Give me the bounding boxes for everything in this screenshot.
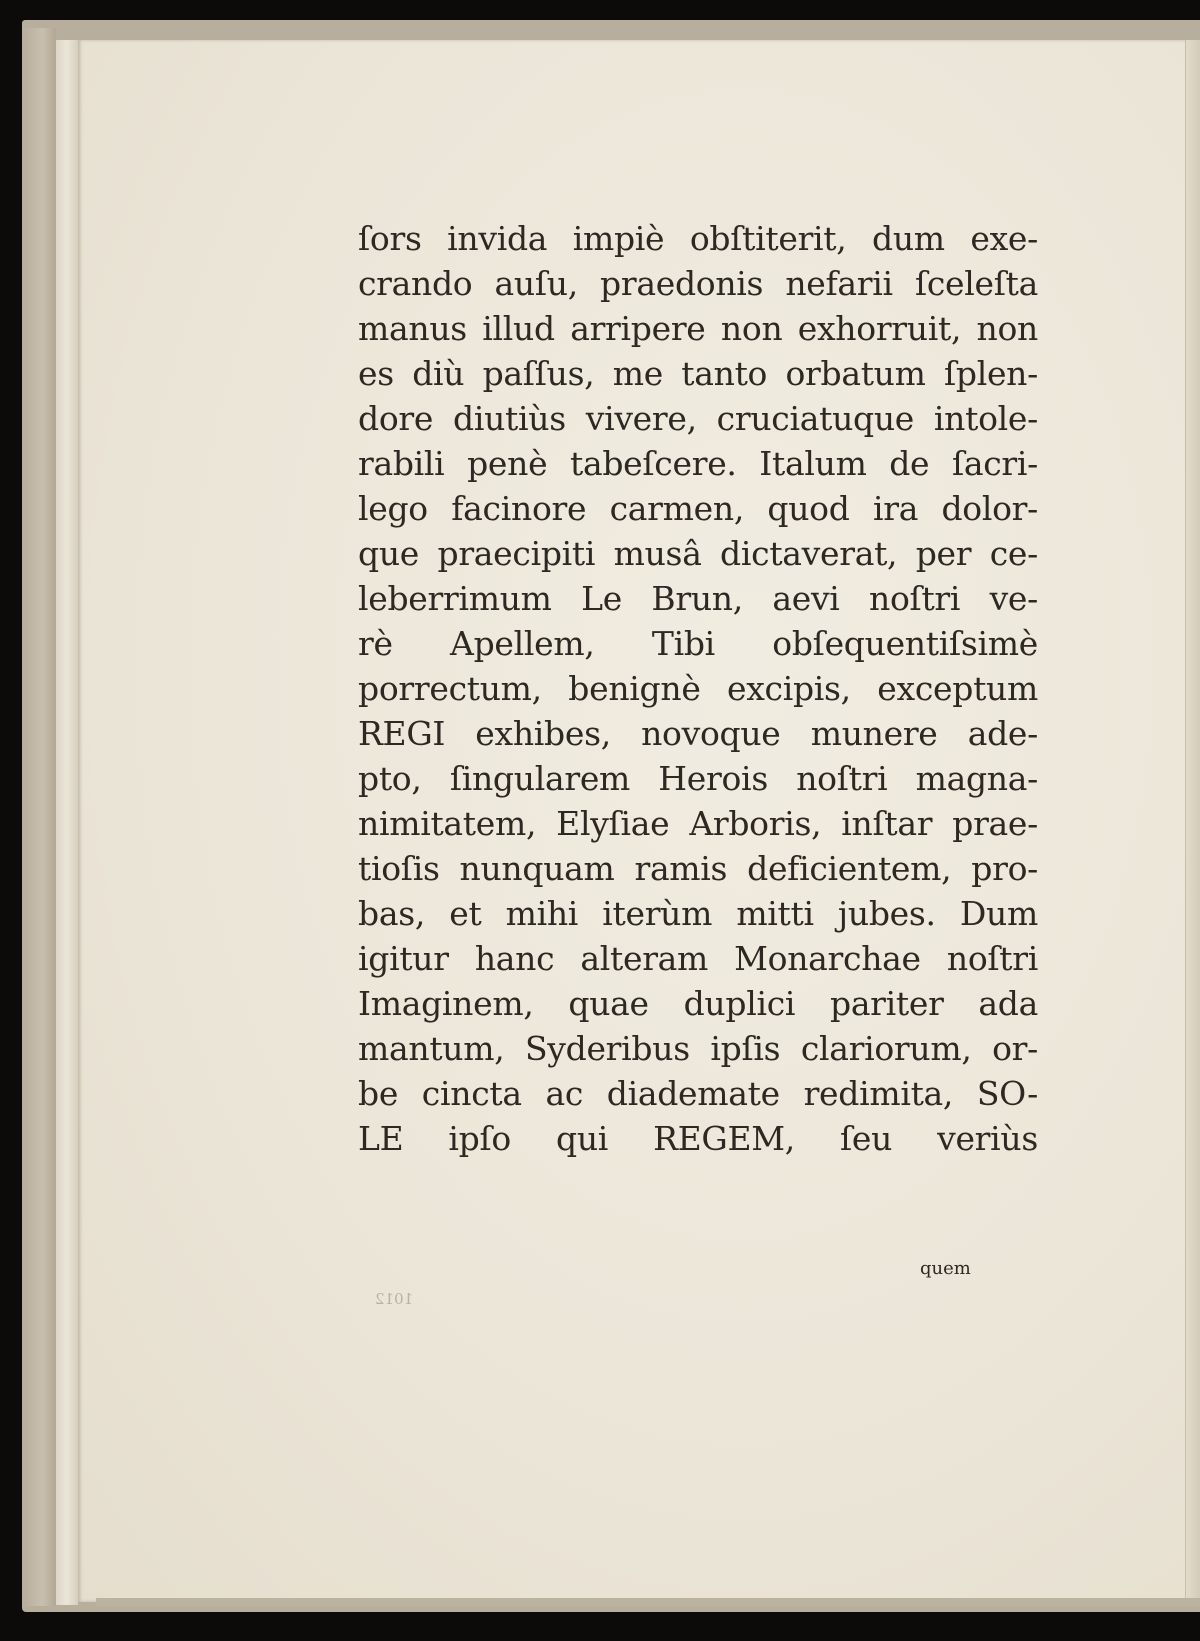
text-line: rabili penè tabeſcere. Italum de ſacri-	[358, 441, 1038, 486]
showthrough-page-number: 1012	[375, 1290, 413, 1308]
page-gutter-fold	[56, 40, 79, 1605]
book-spine-edge	[22, 28, 56, 1606]
text-line: be cincta ac diademate redimita, SO-	[358, 1071, 1038, 1116]
text-line: pto, ſingularem Herois noſtri magna-	[358, 756, 1038, 801]
text-line: dore diutiùs vivere, cruciatuque intole-	[358, 396, 1038, 441]
text-line: rè Apellem, Tibi obſequentiſsimè	[358, 621, 1038, 666]
page-bottom-edge	[96, 1598, 1200, 1606]
text-line: es diù paſſus, me tanto orbatum ſplen-	[358, 351, 1038, 396]
text-line: bas, et mihi iterùm mitti jubes. Dum	[358, 891, 1038, 936]
text-line: leberrimum Le Brun, aevi noſtri ve-	[358, 576, 1038, 621]
text-line: manus illud arripere non exhorruit, non	[358, 306, 1038, 351]
text-line: REGI exhibes, novoque munere ade-	[358, 711, 1038, 756]
page-edge-right	[1185, 40, 1200, 1602]
text-line: tioſis nunquam ramis deficientem, pro-	[358, 846, 1038, 891]
text-line: LE ipſo qui REGEM, ſeu veriùs	[358, 1116, 1038, 1161]
text-line: lego facinore carmen, quod ira dolor-	[358, 486, 1038, 531]
text-line: crando auſu, praedonis nefarii ſceleſta	[358, 261, 1038, 306]
text-line: que praecipiti musâ dictaverat, per ce-	[358, 531, 1038, 576]
text-line: igitur hanc alteram Monarchae noſtri	[358, 936, 1038, 981]
catchword: quem	[920, 1258, 971, 1279]
text-line: porrectum, benignè excipis, exceptum	[358, 666, 1038, 711]
text-line: Imaginem, quae duplici pariter ada	[358, 981, 1038, 1026]
text-line: ſors invida impiè obſtiterit, dum exe-	[358, 216, 1038, 261]
page-text-block: ſors invida impiè obſtiterit, dum exe- c…	[358, 216, 1038, 1161]
text-line: nimitatem, Elyſiae Arboris, inſtar prae-	[358, 801, 1038, 846]
text-line: mantum, Syderibus ipſis clariorum, or-	[358, 1026, 1038, 1071]
